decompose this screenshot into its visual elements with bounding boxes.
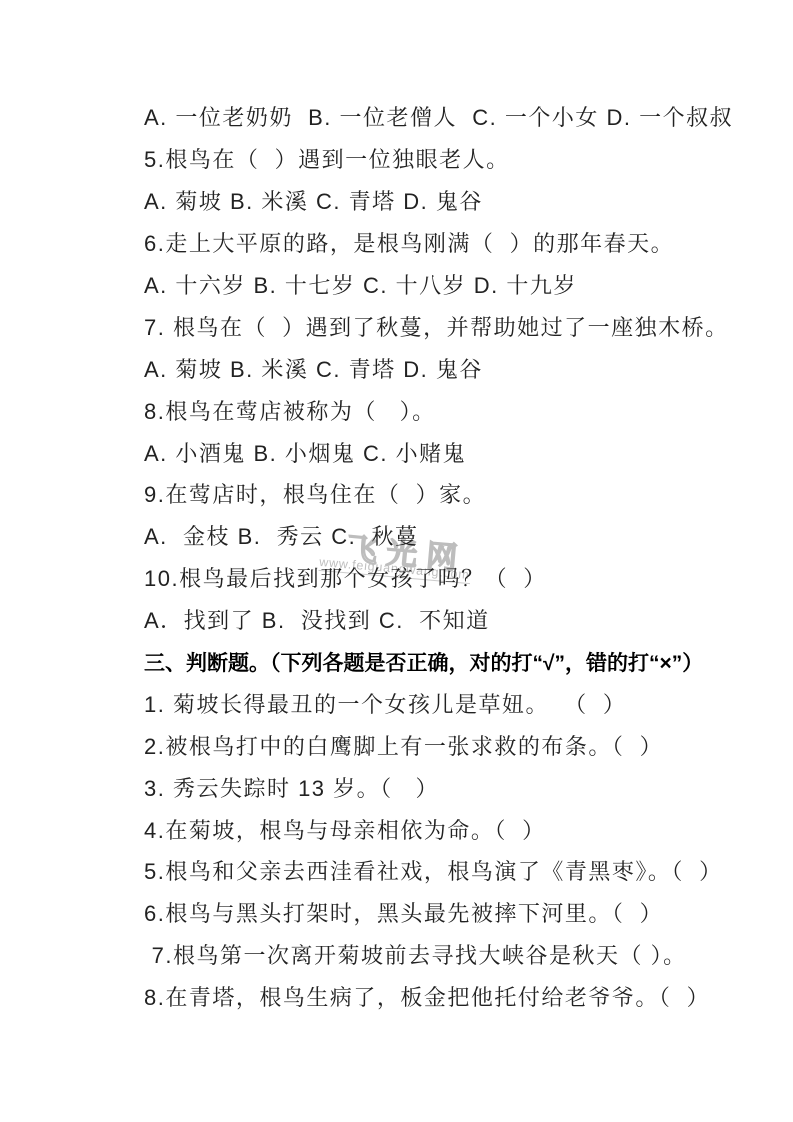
- text-line: 8.根鸟在莺店被称为（ ）。: [144, 389, 773, 431]
- text-line: 2.被根鸟打中的白鹰脚上有一张求救的布条。（ ）: [144, 724, 773, 766]
- text-line: A. 菊坡 B. 米溪 C. 青塔 D. 鬼谷: [144, 347, 773, 389]
- text-line: A. 一位老奶奶 B. 一位老僧人 C. 一个小女 D. 一个叔叔: [144, 96, 773, 138]
- text-line: 7.根鸟第一次离开菊坡前去寻找大峡谷是秋天（ ）。: [144, 934, 773, 976]
- text-line: 1. 菊坡长得最丑的一个女孩儿是草妞。 （ ）: [144, 682, 773, 724]
- text-line: A．找到了 B. 没找到 C. 不知道: [144, 599, 773, 641]
- text-line: 6.根鸟与黑头打架时，黑头最先被摔下河里。（ ）: [144, 892, 773, 934]
- text-line: 7. 根鸟在（ ）遇到了秋蔓，并帮助她过了一座独木桥。: [144, 305, 773, 347]
- text-line: 9.在莺店时，根鸟住在（ ）家。: [144, 473, 773, 515]
- text-line: 3. 秀云失踪时 13 岁。（ ）: [144, 766, 773, 808]
- text-line: A. 金枝 B. 秀云 C. 秋蔓: [144, 515, 773, 557]
- text-line: 6.走上大平原的路，是根鸟刚满（ ）的那年春天。: [144, 222, 773, 264]
- text-line: 5.根鸟在（ ）遇到一位独眼老人。: [144, 138, 773, 180]
- text-line: A. 菊坡 B. 米溪 C. 青塔 D. 鬼谷: [144, 180, 773, 222]
- text-line: 4.在菊坡，根鸟与母亲相依为命。（ ）: [144, 808, 773, 850]
- section-heading: 三、判断题。（下列各题是否正确，对的打“√”，错的打“×”）: [144, 641, 773, 683]
- text-line: 5.根鸟和父亲去西洼看社戏，根鸟演了《青黑枣》。（ ）: [144, 850, 773, 892]
- text-line: A. 十六岁 B. 十七岁 C. 十八岁 D. 十九岁: [144, 264, 773, 306]
- text-line: 10.根鸟最后找到那个女孩了吗？（ ）: [144, 557, 773, 599]
- text-line: A. 小酒鬼 B. 小烟鬼 C. 小赌鬼: [144, 431, 773, 473]
- question-lines: A. 一位老奶奶 B. 一位老僧人 C. 一个小女 D. 一个叔叔5.根鸟在（ …: [144, 96, 773, 1018]
- text-line: 8.在青塔，根鸟生病了，板金把他托付给老爷爷。（ ）: [144, 976, 773, 1018]
- worksheet-page: 飞光网 www.feiguangwang.com A. 一位老奶奶 B. 一位老…: [0, 0, 793, 1122]
